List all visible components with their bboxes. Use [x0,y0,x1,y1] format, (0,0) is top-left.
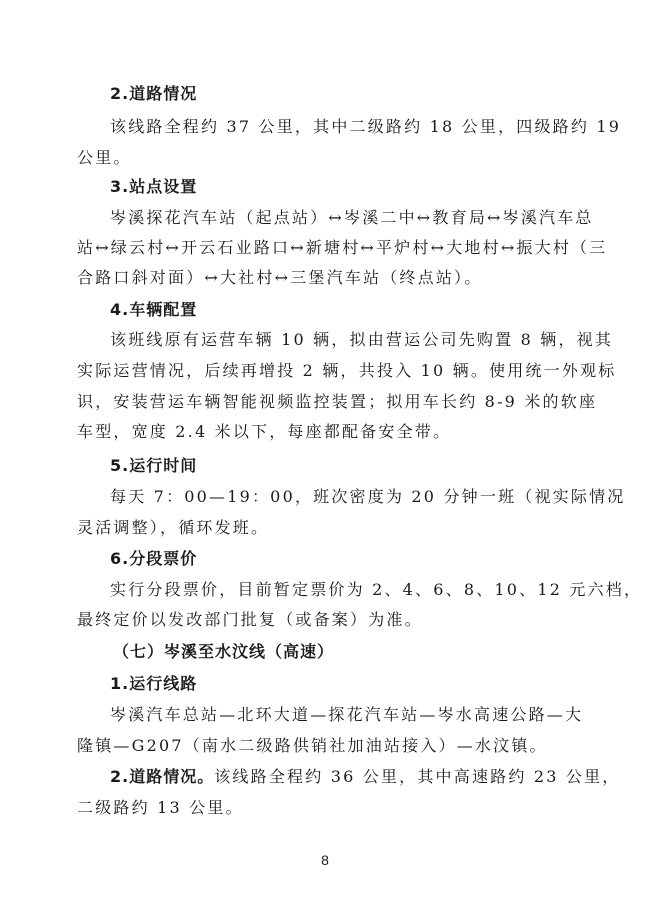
paragraph-line: 站↔绿云村↔开云石业路口↔新塘村↔平炉村↔大地村↔振大村（三 [77,238,577,258]
paragraph-line: 识，安装营运车辆智能视频监控装置；拟用车长约 8-9 米的软座 [77,392,577,412]
paragraph-line: 该线路全程约 37 公里，其中二级路约 18 公里，四级路约 19 [110,117,577,137]
section-heading-vehicles: 4.车辆配置 [110,300,610,320]
paragraph-line: 实行分段票价，目前暂定票价为 2、4、6、8、10、12 元六档， [110,580,577,600]
section-heading-road-condition: 2.道路情况 [110,84,610,104]
paragraph-line: 岑溪探花汽车站（起点站）↔岑溪二中↔教育局↔岑溪汽车总 [110,208,577,228]
paragraph-road-condition: 2.道路情况。该线路全程约 36 公里，其中高速路约 23 公里， [110,767,610,787]
section-heading-route: 1.运行线路 [110,674,610,694]
paragraph-line: 车型，宽度 2.4 米以下，每座都配备安全带。 [77,422,577,442]
paragraph-line: 最终定价以发改部门批复（或备案）为准。 [77,610,577,630]
paragraph-line: 该班线原有运营车辆 10 辆，拟由营运公司先购置 8 辆，视其 [110,330,577,350]
paragraph-line: 每天 7：00—19：00，班次密度为 20 分钟一班（视实际情况 [110,487,577,507]
inline-heading: 2.道路情况。 [110,767,214,786]
page-number: 8 [0,852,650,868]
paragraph-line: 实际运营情况，后续再增投 2 辆，共投入 10 辆。使用统一外观标 [77,361,577,381]
paragraph-line: 隆镇—G207（南水二级路供销社加油站接入）—水汶镇。 [77,736,577,756]
paragraph-line: 公里。 [77,148,577,168]
paragraph-line: 岑溪汽车总站—北环大道—探花汽车站—岑水高速公路—大 [110,705,577,725]
paragraph-line: 二级路约 13 公里。 [77,798,577,818]
document-page: 2.道路情况 该线路全程约 37 公里，其中二级路约 18 公里，四级路约 19… [0,0,650,920]
paragraph-line: 灵活调整），循环发班。 [77,518,577,538]
paragraph-line: 合路口斜对面）↔大社村↔三堡汽车站（终点站）。 [77,268,577,288]
section-heading-operating-hours: 5.运行时间 [110,456,610,476]
section-heading-fares: 6.分段票价 [110,549,610,569]
chapter-heading: （七）岑溪至水汶线（高速） [113,642,613,662]
paragraph-text: 该线路全程约 36 公里，其中高速路约 23 公里， [214,767,620,786]
section-heading-stations: 3.站点设置 [110,177,610,197]
